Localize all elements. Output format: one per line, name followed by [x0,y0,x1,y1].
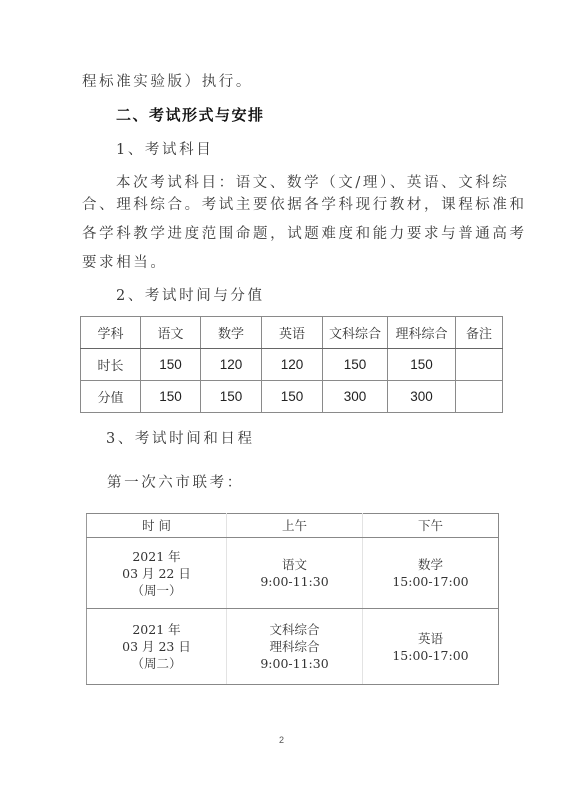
table-cell: 150 [141,381,201,413]
afternoon-cell: 英语 15:00-17:00 [363,609,499,685]
exam-title: 第一次六市联考： [107,471,244,492]
row-label: 分值 [81,381,141,413]
header-cell: 备注 [456,317,503,349]
row-label: 时长 [81,349,141,381]
table-cell: 120 [262,349,323,381]
date-year: 2021 年 [87,548,226,565]
table-cell: 150 [141,349,201,381]
page-number: 2 [279,735,284,745]
date-weekday: （周二） [87,655,226,672]
header-cell: 下午 [363,514,499,538]
subject: 数学 [363,556,498,573]
table-cell: 150 [262,381,323,413]
body-text-line: 本次考试科目：语文、数学（文/理）、英语、文科综 [116,171,510,192]
table-cell [456,349,503,381]
body-text-line: 各学科教学进度范围命题，试题难度和能力要求与普通高考 [82,222,527,243]
header-cell: 时 间 [87,514,227,538]
header-cell: 英语 [262,317,323,349]
header-cell: 学科 [81,317,141,349]
header-cell: 上午 [227,514,363,538]
subject: 语文 [227,556,362,573]
paragraph-continuation: 程标准实验版）执行。 [82,70,253,91]
subject: 文科综合 [227,621,362,638]
table-cell: 150 [323,349,388,381]
date-cell: 2021 年 03 月 23 日 （周二） [87,609,227,685]
table-cell: 150 [201,381,262,413]
header-cell: 语文 [141,317,201,349]
table-row: 时长 150 120 120 150 150 [81,349,503,381]
date-day: 03 月 23 日 [87,638,226,655]
score-table-header-row: 学科 语文 数学 英语 文科综合 理科综合 备注 [81,317,503,349]
table-row: 2021 年 03 月 23 日 （周二） 文科综合 理科综合 9:00-11:… [87,609,499,685]
date-year: 2021 年 [87,621,226,638]
table-cell: 300 [323,381,388,413]
schedule-header-row: 时 间 上午 下午 [87,514,499,538]
subsection-title-time-score: 2、考试时间与分值 [116,284,265,305]
time-range: 9:00-11:30 [227,573,362,590]
body-text-line: 合、理科综合。考试主要依据各学科现行教材，课程标准和 [82,193,527,214]
header-cell: 文科综合 [323,317,388,349]
score-table: 学科 语文 数学 英语 文科综合 理科综合 备注 时长 150 120 120 … [80,316,503,413]
afternoon-cell: 数学 15:00-17:00 [363,538,499,609]
time-range: 15:00-17:00 [363,647,498,664]
schedule-table: 时 间 上午 下午 2021 年 03 月 22 日 （周一） 语文 9:00-… [86,513,499,685]
header-cell: 数学 [201,317,262,349]
section-heading: 二、考试形式与安排 [116,104,265,125]
morning-cell: 语文 9:00-11:30 [227,538,363,609]
subject: 英语 [363,630,498,647]
table-cell: 150 [388,349,456,381]
body-text-line: 要求相当。 [82,251,168,272]
morning-cell: 文科综合 理科综合 9:00-11:30 [227,609,363,685]
subject: 理科综合 [227,638,362,655]
table-row: 分值 150 150 150 300 300 [81,381,503,413]
header-cell: 理科综合 [388,317,456,349]
time-range: 9:00-11:30 [227,655,362,672]
table-row: 2021 年 03 月 22 日 （周一） 语文 9:00-11:30 数学 1… [87,538,499,609]
date-day: 03 月 22 日 [87,565,226,582]
subsection-title-schedule: 3、考试时间和日程 [106,427,255,448]
table-cell: 300 [388,381,456,413]
time-range: 15:00-17:00 [363,573,498,590]
table-cell: 120 [201,349,262,381]
table-cell [456,381,503,413]
date-weekday: （周一） [87,582,226,599]
subsection-title-subjects: 1、考试科目 [116,138,213,159]
date-cell: 2021 年 03 月 22 日 （周一） [87,538,227,609]
